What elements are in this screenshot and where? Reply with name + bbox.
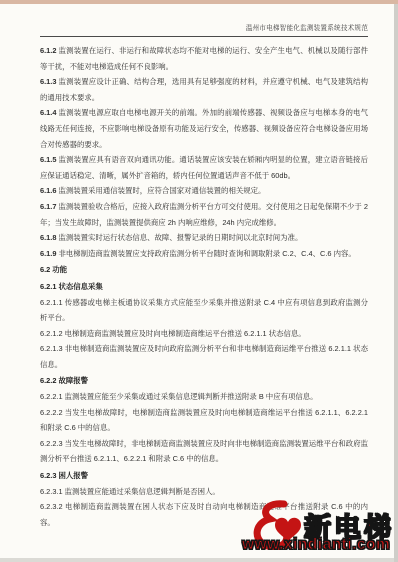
clause-number: 6.1.7 (40, 202, 56, 211)
clause-paragraph: 6.1.3监测装置应设计正确、结构合理，选用具有足够强度的材料，并应遵守机械、电… (40, 74, 368, 105)
clause-paragraph: 6.1.8监测装置实时运行状态信息、故障、报警记录的日期时间以北京时间为准。 (40, 230, 368, 246)
clause-number: 6.2.1 (40, 282, 56, 291)
clause-number: 6.2.3.1 (40, 487, 63, 496)
clause-number: 6.1.3 (40, 77, 56, 86)
section-heading: 6.2.1状态信息采集 (40, 278, 368, 295)
section-heading: 6.2.2故障报警 (40, 372, 368, 389)
clause-number: 6.2.3 (40, 471, 56, 480)
clause-number: 6.1.2 (40, 46, 56, 55)
clause-number: 6.2.1.3 (40, 344, 63, 353)
clause-number: 6.1.5 (40, 155, 56, 164)
clause-paragraph: 6.2.3.1监测装置应能通过采集信息逻辑判断是否困人。 (40, 484, 368, 500)
clause-paragraph: 6.2.3.2电梯制造商监测装置在困人状态下应及时自动向电梯制造商运维平台推送附… (40, 499, 368, 530)
scan-edge-bottom (0, 558, 394, 562)
page-content: 温州市电梯智能化监测装置系统技术规范 6.1.2监测装置在运行、非运行和故障状态… (40, 22, 368, 530)
section-heading: 6.2功能 (40, 261, 368, 278)
clause-paragraph: 6.2.2.2当发生电梯故障时，电梯制造商监测装置应及时向电梯制造商维运平台推送… (40, 405, 368, 436)
clause-paragraph: 6.2.1.1传感器或电梯主板通协议采集方式应能至少采集并推送附录 C.4 中应… (40, 295, 368, 326)
document-page: 温州市电梯智能化监测装置系统技术规范 6.1.2监测装置在运行、非运行和故障状态… (0, 4, 394, 558)
clause-number: 6.2.2.2 (40, 408, 63, 417)
clause-paragraph: 6.1.6监测装置采用通信装置时，应符合国家对通信装置的相关规定。 (40, 183, 368, 199)
clause-number: 6.2.2.3 (40, 439, 63, 448)
scan-edge-right (394, 4, 398, 562)
clause-paragraph: 6.1.5监测装置应具有语音双向通讯功能。通话装置应该安装在轿厢内明显的位置，建… (40, 152, 368, 183)
clause-paragraph: 6.2.2.3当发生电梯故障时，非电梯制造商监测装置应及时向非电梯制造商监测装置… (40, 436, 368, 467)
section-heading: 6.2.3困人报警 (40, 467, 368, 484)
clause-paragraph: 6.2.2.1监测装置应能至少采集或通过采集信息逻辑判断并推送附录 B 中应有项… (40, 389, 368, 405)
clause-number: 6.2.1.1 (40, 298, 63, 307)
running-header: 温州市电梯智能化监测装置系统技术规范 (40, 22, 368, 37)
clause-paragraph: 6.1.7监测装置验收合格后，应接入政府监测分析平台方可交付使用。交付使用之日起… (40, 199, 368, 230)
clause-number: 6.2.2.1 (40, 392, 63, 401)
clause-number: 6.2.3.2 (40, 502, 63, 511)
clause-paragraph: 6.1.4监测装置电源应取自电梯电源开关的前端。外加的前端传感器、视频设备应与电… (40, 105, 368, 152)
clause-number: 6.1.6 (40, 186, 56, 195)
clause-number: 6.2.2 (40, 376, 56, 385)
clause-paragraph: 6.2.1.2电梯制造商监测装置应及时向电梯制造商维运平台推送 6.2.1.1 … (40, 326, 368, 342)
clause-number: 6.1.4 (40, 108, 56, 117)
clause-number: 6.2 (40, 265, 50, 274)
clause-paragraph: 6.1.2监测装置在运行、非运行和故障状态均不能对电梯的运行、安全产生电气、机械… (40, 43, 368, 74)
clause-paragraph: 6.2.1.3非电梯制造商监测装置应及时向政府监测分析平台和非电梯制造商运维平台… (40, 341, 368, 372)
clause-number: 6.2.1.2 (40, 329, 63, 338)
clause-number: 6.1.9 (40, 249, 56, 258)
document-body: 6.1.2监测装置在运行、非运行和故障状态均不能对电梯的运行、安全产生电气、机械… (40, 43, 368, 530)
clause-paragraph: 6.1.9非电梯制造商监测装置应支持政府监测分析平台随时查询和调取附录 C.2、… (40, 246, 368, 262)
clause-number: 6.1.8 (40, 233, 56, 242)
